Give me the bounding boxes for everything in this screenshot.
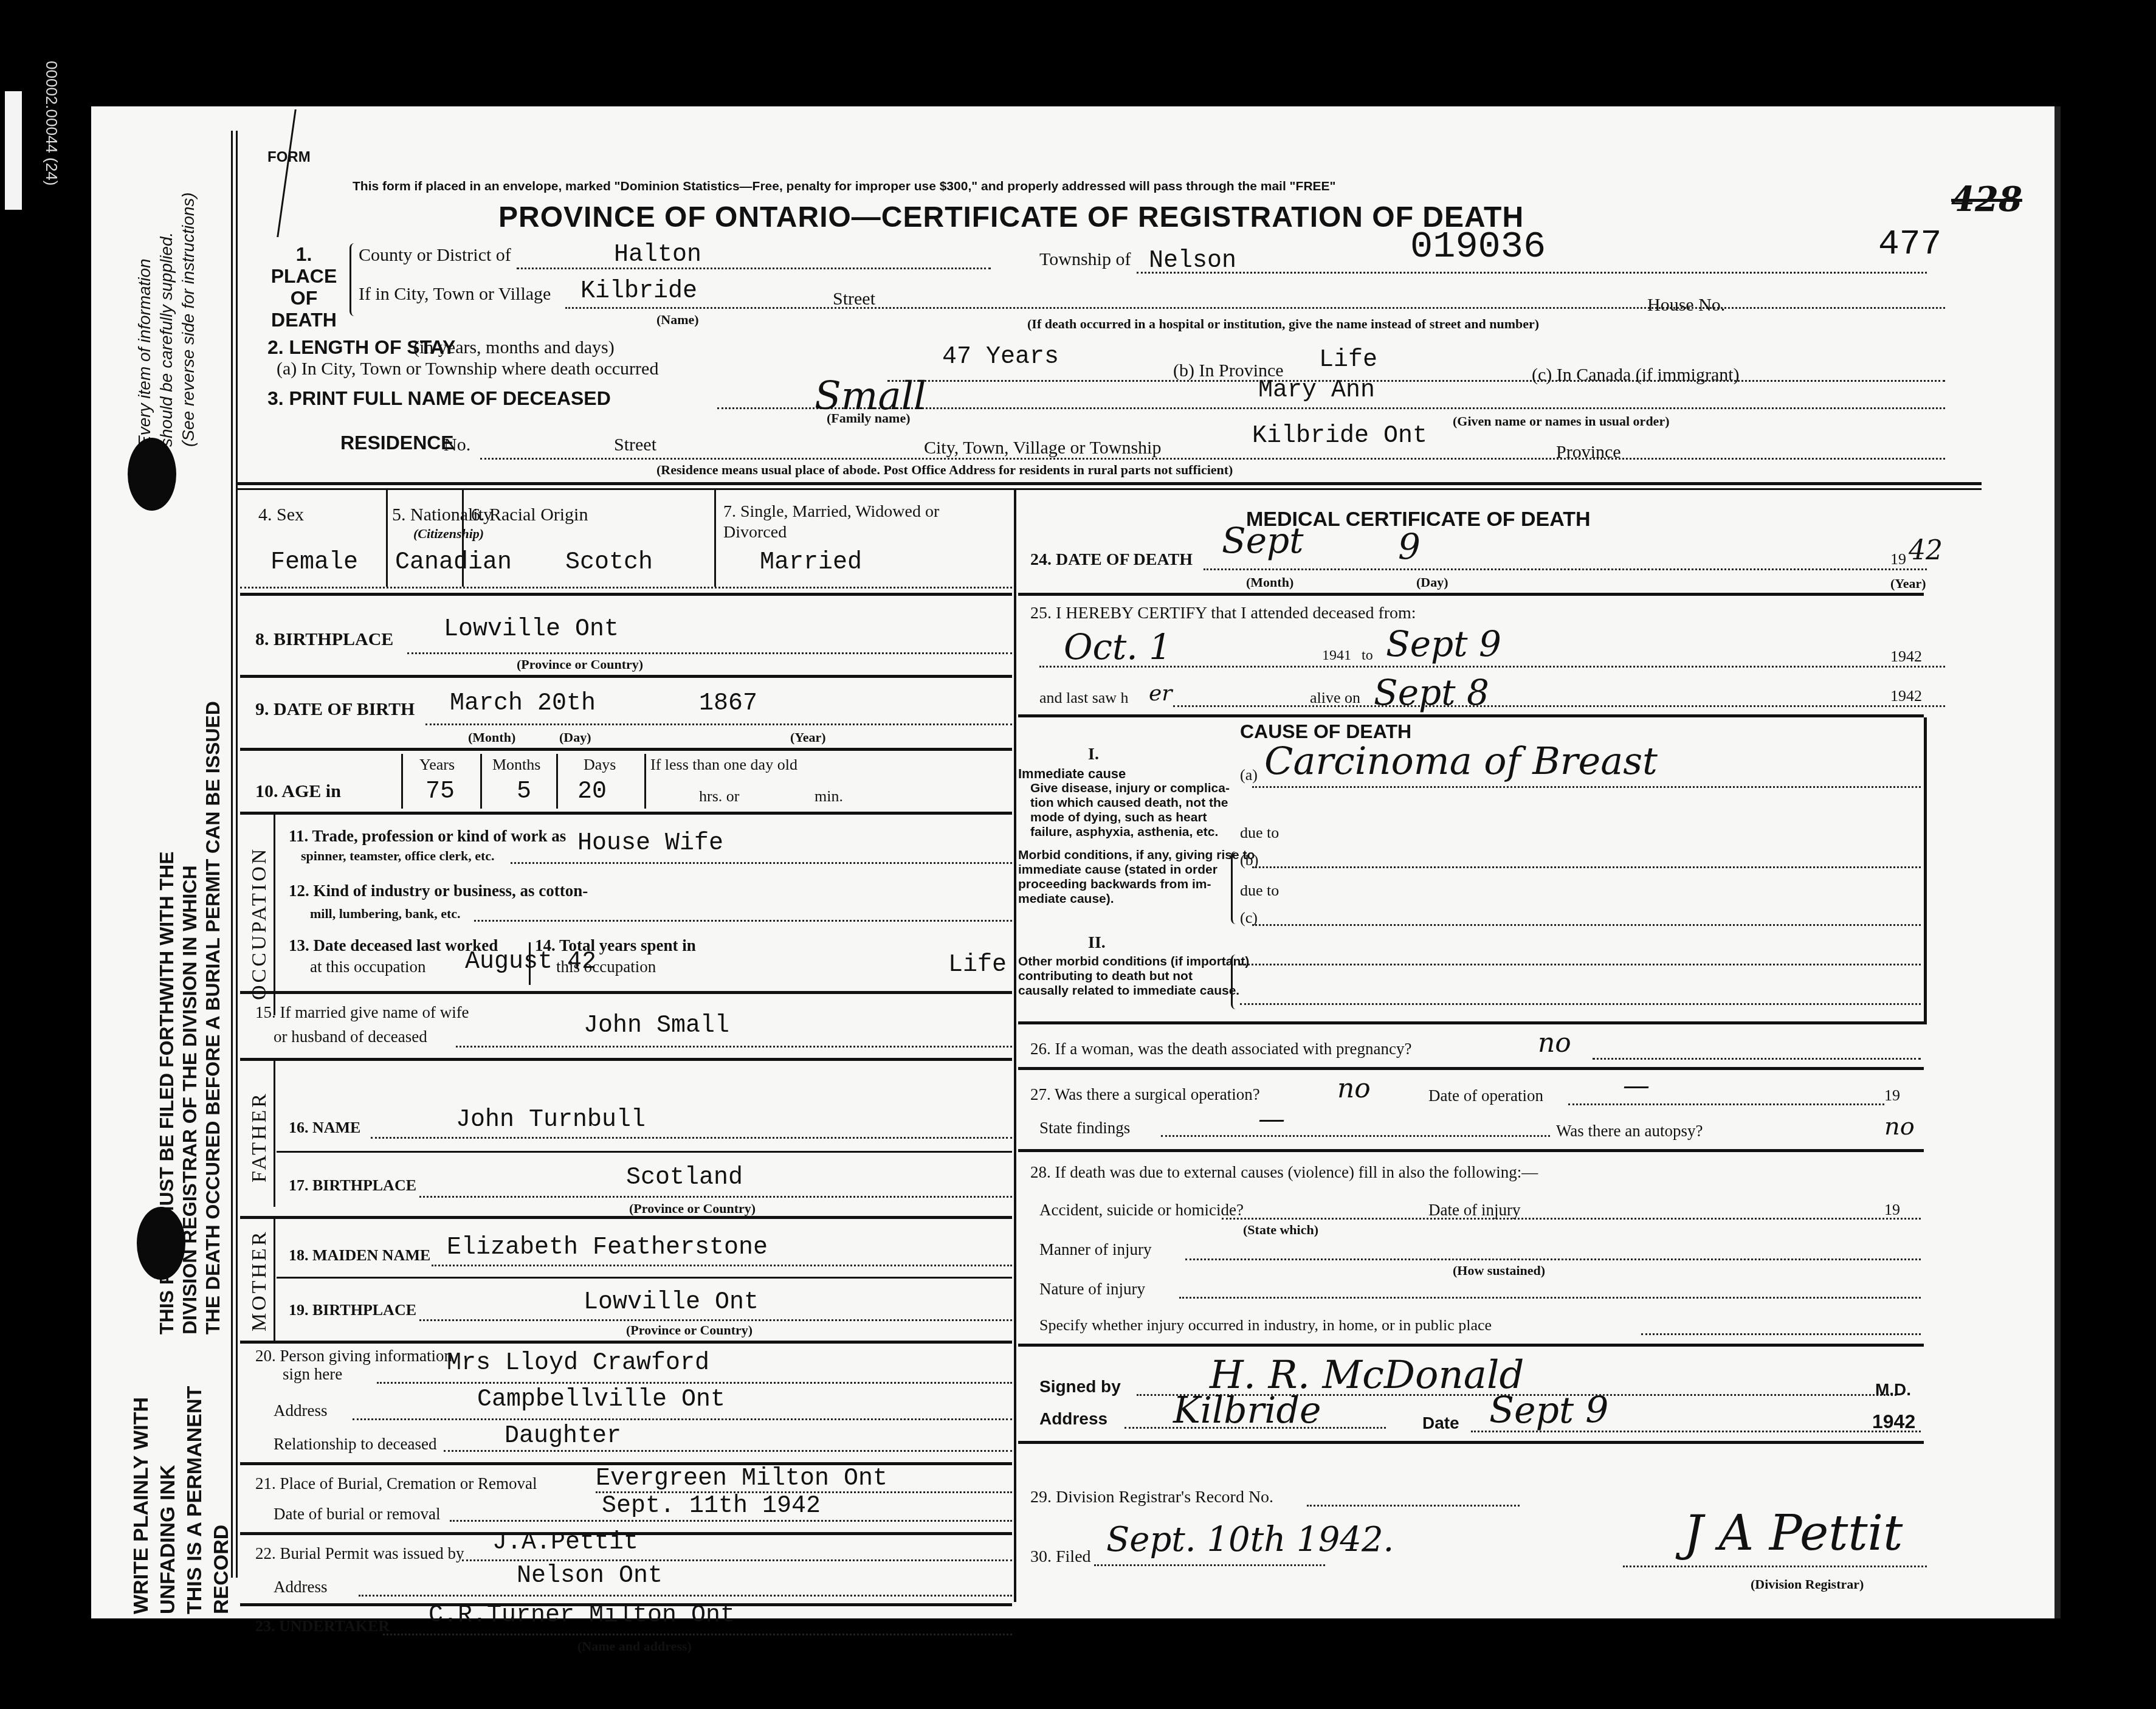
ink-notice-line: WRITE PLAINLY WITH bbox=[128, 1386, 154, 1614]
cell-divider bbox=[529, 942, 531, 985]
dod-day-value[interactable]: 9 bbox=[1398, 526, 1421, 567]
operation-label: 27. Was there a surgical operation? bbox=[1030, 1085, 1260, 1104]
row-divider bbox=[1018, 1344, 1924, 1347]
filed-date-value[interactable]: Sept. 10th 1942. bbox=[1106, 1520, 1394, 1559]
brace bbox=[350, 243, 357, 316]
dob-month-caption: (Month) bbox=[468, 730, 515, 745]
stay-line bbox=[887, 380, 1945, 382]
father-name-label: 16. NAME bbox=[289, 1119, 360, 1137]
help-line: failure, asphyxia, asthenia, etc. bbox=[1030, 825, 1230, 840]
occupation-bracket bbox=[274, 815, 275, 1015]
filed-line bbox=[1094, 1564, 1325, 1566]
father-birthplace-label: 17. BIRTHPLACE bbox=[289, 1176, 416, 1195]
trade-value[interactable]: House Wife bbox=[577, 830, 723, 857]
marital-status-value[interactable]: Married bbox=[760, 549, 862, 576]
birthplace-label: 8. BIRTHPLACE bbox=[255, 629, 393, 650]
mother-birthplace-label: 19. BIRTHPLACE bbox=[289, 1301, 416, 1319]
cause-section-1: I. bbox=[1088, 745, 1099, 764]
help-line: mediate cause). bbox=[1018, 892, 1255, 906]
dob-day-caption: (Day) bbox=[559, 730, 591, 745]
column-divider bbox=[1014, 489, 1016, 1602]
undertaker-caption: (Name and address) bbox=[577, 1638, 692, 1654]
registrar-record-line bbox=[1307, 1505, 1520, 1507]
findings-label: State findings bbox=[1039, 1119, 1130, 1138]
undertaker-label: 23. UNDERTAKER bbox=[255, 1617, 390, 1635]
instructions-line: (See reverse side for instructions) bbox=[177, 192, 199, 447]
help-line: Give disease, injury or complica- bbox=[1030, 781, 1230, 796]
accident-label: Accident, suicide or homicide? bbox=[1039, 1201, 1244, 1220]
registration-number: 019036 bbox=[1410, 225, 1546, 268]
margin-rule bbox=[231, 131, 233, 1578]
other-line bbox=[1240, 964, 1921, 965]
burial-permit-address-line bbox=[359, 1595, 1012, 1597]
stamp-number: 428 bbox=[1951, 179, 2022, 219]
filed-label: 30. Filed bbox=[1030, 1547, 1091, 1567]
total-years-sublabel: this occupation bbox=[556, 958, 656, 976]
injury-location-line bbox=[1641, 1333, 1921, 1335]
manner-caption: (How sustained) bbox=[1453, 1263, 1545, 1279]
occupation-section-label: OCCUPATION bbox=[248, 847, 271, 1000]
city-label: If in City, Town or Village bbox=[359, 284, 551, 305]
age-min-label: min. bbox=[815, 787, 843, 806]
residence-note: (Residence means usual place of abode. P… bbox=[656, 462, 1233, 478]
undertaker-line bbox=[383, 1634, 1012, 1635]
sheet-edge bbox=[2054, 106, 2061, 1618]
immediate-cause-label: Immediate cause bbox=[1018, 766, 1126, 782]
burial-permit-address-value[interactable]: Nelson Ont bbox=[517, 1562, 663, 1590]
findings-value[interactable]: — bbox=[1258, 1103, 1285, 1134]
help-line: Other morbid conditions (if important) bbox=[1018, 955, 1249, 969]
last-alive-year: 1942 bbox=[1890, 687, 1922, 705]
dob-year-caption: (Year) bbox=[790, 730, 826, 745]
stay-city-value[interactable]: 47 Years bbox=[942, 344, 1059, 371]
burial-permit-value[interactable]: J.A.Pettit bbox=[492, 1529, 638, 1556]
ink-notice: WRITE PLAINLY WITH UNFADING INK THIS IS … bbox=[128, 1386, 235, 1614]
racial-origin-label: 6. Racial Origin bbox=[471, 505, 588, 525]
instructions-line: Every item of information bbox=[134, 192, 156, 447]
marital-status-label: 7. Single, Married, Widowed or Divorced bbox=[723, 502, 997, 543]
cell-divider bbox=[714, 489, 716, 587]
registrar-caption: (Division Registrar) bbox=[1751, 1576, 1864, 1592]
signed-by-label: Signed by bbox=[1039, 1377, 1121, 1397]
help-line: mode of dying, such as heart bbox=[1030, 810, 1230, 825]
registrar-record-label: 29. Division Registrar's Record No. bbox=[1030, 1488, 1273, 1507]
film-label-tab bbox=[5, 91, 22, 210]
death-certificate: WRITE PLAINLY WITH UNFADING INK THIS IS … bbox=[91, 106, 2058, 1618]
informant-address-label: Address bbox=[274, 1401, 328, 1420]
pregnancy-label: 26. If a woman, was the death associated… bbox=[1030, 1040, 1412, 1058]
margin-rule bbox=[236, 131, 238, 1578]
relationship-label: Relationship to deceased bbox=[274, 1435, 436, 1454]
spouse-value[interactable]: John Small bbox=[584, 1012, 729, 1040]
cell-divider bbox=[556, 754, 558, 809]
racial-origin-value[interactable]: Scotch bbox=[565, 549, 653, 576]
last-alive-line bbox=[1173, 705, 1945, 707]
physician-address-label: Address bbox=[1039, 1409, 1107, 1429]
total-years-value[interactable]: Life bbox=[948, 951, 1007, 979]
family-name-caption: (Family name) bbox=[827, 410, 910, 426]
row-divider bbox=[240, 675, 1012, 678]
pregnancy-value[interactable]: no bbox=[1538, 1027, 1571, 1058]
operation-value[interactable]: no bbox=[1337, 1073, 1371, 1104]
mother-birthplace-caption: (Province or Country) bbox=[626, 1322, 753, 1338]
row-divider bbox=[277, 1277, 1012, 1279]
attended-from-value[interactable]: Oct. 1 bbox=[1064, 626, 1171, 668]
operation-date-value[interactable]: — bbox=[1623, 1070, 1650, 1101]
row-divider bbox=[240, 991, 1012, 994]
city-caption: (Name) bbox=[656, 312, 699, 328]
burial-permit-address-label: Address bbox=[274, 1578, 328, 1597]
father-birthplace-line bbox=[419, 1196, 1012, 1198]
residence-no-label: No. bbox=[444, 435, 470, 455]
cell-divider bbox=[644, 754, 646, 809]
section-divider bbox=[237, 488, 1982, 490]
city-line bbox=[565, 307, 1945, 309]
help-line: proceeding backwards from im- bbox=[1018, 877, 1255, 892]
dod-month-caption: (Month) bbox=[1246, 575, 1293, 590]
burial-place-label: 21. Place of Burial, Cremation or Remova… bbox=[255, 1474, 537, 1493]
punch-hole-icon bbox=[128, 438, 176, 511]
cell-divider bbox=[401, 754, 403, 809]
father-birthplace-value[interactable]: Scotland bbox=[626, 1164, 743, 1192]
to-label: to bbox=[1362, 647, 1373, 664]
help-line: Morbid conditions, if any, giving rise t… bbox=[1018, 848, 1255, 863]
mother-maiden-label: 18. MAIDEN NAME bbox=[289, 1246, 430, 1265]
age-months-value[interactable]: 5 bbox=[517, 778, 531, 806]
township-line bbox=[1137, 272, 1927, 274]
informant-name-value[interactable]: Mrs Lloyd Crawford bbox=[447, 1350, 709, 1377]
instructions-line: should be carefully supplied. bbox=[156, 192, 177, 447]
mother-section-label: MOTHER bbox=[248, 1229, 271, 1331]
other-help: Other morbid conditions (if important) c… bbox=[1018, 955, 1249, 998]
trade-sublabel: spinner, teamster, office clerk, etc. bbox=[301, 848, 495, 864]
cause-b-line bbox=[1252, 866, 1921, 868]
informant-sublabel: sign here bbox=[283, 1365, 342, 1384]
age-days-label: Days bbox=[584, 756, 616, 774]
date-of-birth-label: 9. DATE OF BIRTH bbox=[255, 699, 415, 720]
industry-line bbox=[474, 920, 1012, 922]
township-value[interactable]: Nelson bbox=[1149, 247, 1236, 275]
age-years-value[interactable]: 75 bbox=[425, 778, 455, 806]
given-names-caption: (Given name or names in usual order) bbox=[1453, 413, 1669, 429]
dod-year-caption: (Year) bbox=[1890, 576, 1926, 592]
attended-to-year: 1942 bbox=[1890, 647, 1922, 666]
age-label: 10. AGE in bbox=[255, 781, 341, 802]
relationship-line bbox=[444, 1450, 1012, 1452]
dob-year-value[interactable]: 1867 bbox=[699, 690, 757, 717]
accident-caption: (State which) bbox=[1243, 1222, 1318, 1238]
place-of-death-label: 1. PLACE OF DEATH bbox=[267, 243, 340, 331]
physician-address-value[interactable]: Kilbride bbox=[1173, 1389, 1321, 1432]
nationality-caption: (Citizenship) bbox=[413, 526, 484, 542]
last-alive-value[interactable]: Sept 8 bbox=[1374, 672, 1489, 713]
residence-city-label: City, Town, Village or Township bbox=[924, 438, 1161, 458]
residence-city-value[interactable]: Kilbride Ont bbox=[1252, 423, 1427, 450]
informant-line bbox=[377, 1382, 1012, 1384]
spouse-line bbox=[456, 1046, 1012, 1048]
county-label: County or District of bbox=[359, 245, 511, 266]
mother-maiden-value[interactable]: Elizabeth Featherstone bbox=[447, 1234, 768, 1262]
burial-permit-label: 22. Burial Permit was issued by bbox=[255, 1544, 464, 1563]
injury-location-label: Specify whether injury occurred in indus… bbox=[1039, 1316, 1492, 1334]
county-line bbox=[517, 268, 991, 269]
row-divider bbox=[240, 748, 1012, 751]
md-label: M.D. bbox=[1875, 1380, 1911, 1400]
injury-date-label: Date of injury bbox=[1428, 1201, 1520, 1220]
birthplace-line bbox=[407, 652, 1012, 654]
father-section-label: FATHER bbox=[248, 1091, 271, 1182]
pregnancy-line bbox=[1593, 1058, 1921, 1060]
ink-notice-line: UNFADING INK bbox=[154, 1386, 181, 1614]
burial-date-label: Date of burial or removal bbox=[274, 1505, 440, 1524]
city-value[interactable]: Kilbride bbox=[580, 278, 697, 305]
residence-province-label: Province bbox=[1556, 442, 1621, 463]
attended-from-year: 1941 bbox=[1322, 647, 1351, 664]
last-saw-label: and last saw h bbox=[1039, 689, 1129, 707]
accident-line bbox=[1222, 1218, 1921, 1220]
mother-birthplace-value[interactable]: Lowville Ont bbox=[584, 1289, 759, 1316]
dod-year-prefix: 19 bbox=[1890, 550, 1906, 568]
age-hrs-label: hrs. or bbox=[699, 787, 739, 806]
section-divider bbox=[237, 482, 1982, 485]
row-divider bbox=[240, 593, 1012, 596]
nature-label: Nature of injury bbox=[1039, 1280, 1145, 1299]
reel-label-text: 00002.00044 (24) bbox=[42, 61, 61, 185]
row-divider bbox=[240, 1216, 1012, 1219]
cause-a-value[interactable]: Carcinoma of Breast bbox=[1264, 739, 1658, 783]
mail-notice: This form if placed in an envelope, mark… bbox=[353, 179, 1336, 194]
year-prefix: 19 bbox=[1884, 1086, 1900, 1105]
ink-notice-line: THIS IS A PERMANENT bbox=[181, 1386, 208, 1614]
record-number: 477 bbox=[1878, 225, 1941, 264]
help-line: tion which caused death, not the bbox=[1030, 796, 1230, 810]
age-days-value[interactable]: 20 bbox=[577, 778, 607, 806]
mother-birthplace-line bbox=[419, 1319, 1012, 1321]
father-name-line bbox=[371, 1137, 1012, 1139]
house-number-label: House No. bbox=[1647, 295, 1725, 316]
row-divider bbox=[277, 1151, 1012, 1153]
stay-city-label: (a) In City, Town or Township where deat… bbox=[277, 359, 658, 379]
autopsy-value[interactable]: no bbox=[1884, 1113, 1915, 1141]
father-name-value[interactable]: John Turnbull bbox=[456, 1107, 646, 1134]
birthplace-value[interactable]: Lowville Ont bbox=[444, 616, 619, 643]
dob-month-day-value[interactable]: March 20th bbox=[450, 690, 596, 717]
hospital-note: (If death occurred in a hospital or inst… bbox=[1027, 316, 1539, 332]
other-line bbox=[1240, 1003, 1921, 1005]
residence-line bbox=[480, 458, 1945, 460]
cell-divider bbox=[386, 489, 388, 587]
findings-line bbox=[1161, 1135, 1550, 1137]
filing-notice-line: THE DEATH OCCURED BEFORE A BURIAL PERMIT… bbox=[201, 701, 224, 1334]
signature-date-label: Date bbox=[1422, 1414, 1459, 1433]
sex-label: 4. Sex bbox=[258, 505, 304, 525]
industry-label: 12. Kind of industry or business, as cot… bbox=[289, 882, 588, 900]
father-bracket bbox=[274, 1061, 275, 1207]
dod-line bbox=[1204, 568, 1927, 570]
age-months-label: Months bbox=[492, 756, 540, 774]
residence-label: RESIDENCE bbox=[340, 432, 454, 454]
alive-on-label: alive on bbox=[1310, 689, 1360, 707]
row-divider bbox=[1018, 1067, 1924, 1070]
cause-c-line bbox=[1252, 924, 1921, 926]
last-saw-pronoun[interactable]: er bbox=[1149, 681, 1173, 706]
brace bbox=[1231, 851, 1239, 924]
informant-address-line bbox=[353, 1418, 1012, 1420]
row-divider bbox=[240, 812, 1012, 815]
birthplace-caption: (Province or Country) bbox=[517, 657, 643, 672]
informant-address-value[interactable]: Campbellville Ont bbox=[477, 1386, 725, 1414]
informant-label: 20. Person giving information bbox=[255, 1347, 452, 1365]
page-title: PROVINCE OF ONTARIO—CERTIFICATE OF REGIS… bbox=[498, 201, 1524, 234]
cell-divider bbox=[480, 754, 482, 809]
mother-bracket bbox=[274, 1219, 275, 1341]
help-line: causally related to immediate cause. bbox=[1018, 984, 1249, 998]
year-prefix: 19 bbox=[1884, 1201, 1900, 1219]
relationship-value[interactable]: Daughter bbox=[505, 1423, 621, 1450]
total-years-label: 14. Total years spent in bbox=[535, 936, 696, 955]
burial-permit-line bbox=[462, 1559, 1012, 1561]
dob-line bbox=[425, 723, 1012, 725]
residence-street-label: Street bbox=[614, 435, 656, 455]
signature-year-value[interactable]: 1942 bbox=[1872, 1410, 1915, 1433]
dod-month-value[interactable]: Sept bbox=[1222, 520, 1304, 561]
certify-label: 25. I HEREBY CERTIFY that I attended dec… bbox=[1030, 604, 1416, 623]
external-causes-label: 28. If death was due to external causes … bbox=[1030, 1163, 1538, 1182]
trade-line bbox=[511, 862, 1012, 864]
row-divider bbox=[1018, 1441, 1924, 1444]
trade-label: 11. Trade, profession or kind of work as bbox=[289, 827, 566, 846]
given-names-value[interactable]: Mary Ann bbox=[1258, 377, 1375, 404]
stay-province-value[interactable]: Life bbox=[1319, 347, 1377, 374]
signature-date-value[interactable]: Sept 9 bbox=[1489, 1389, 1608, 1432]
due-to-label: due to bbox=[1240, 824, 1279, 842]
father-birthplace-caption: (Province or Country) bbox=[629, 1201, 756, 1217]
length-of-stay-sublabel: (in years, months and days) bbox=[413, 337, 615, 358]
morbid-help: Morbid conditions, if any, giving rise t… bbox=[1018, 848, 1255, 906]
operation-date-line bbox=[1568, 1103, 1884, 1105]
industry-sublabel: mill, lumbering, bank, etc. bbox=[310, 906, 461, 922]
cause-a-line bbox=[1252, 786, 1921, 788]
cause-section-2: II. bbox=[1088, 933, 1106, 953]
cause-a-label: (a) bbox=[1240, 766, 1258, 784]
deceased-name-label: 3. PRINT FULL NAME OF DECEASED bbox=[267, 387, 611, 410]
row-divider bbox=[240, 1058, 1012, 1061]
spouse-sublabel: or husband of deceased bbox=[274, 1027, 427, 1046]
stay-canada-label: (c) In Canada (if immigrant) bbox=[1532, 365, 1740, 385]
help-line: immediate cause (stated in order bbox=[1018, 863, 1255, 877]
date-of-death-label: 24. DATE OF DEATH bbox=[1030, 550, 1193, 570]
row-line bbox=[240, 587, 1012, 589]
operation-date-label: Date of operation bbox=[1428, 1086, 1543, 1105]
registrar-signature-line bbox=[1623, 1566, 1927, 1567]
instructions-notice: Every item of information should be care… bbox=[134, 192, 199, 447]
burial-date-line bbox=[450, 1520, 1012, 1522]
nationality-value[interactable]: Canadian bbox=[395, 549, 512, 576]
manner-label: Manner of injury bbox=[1039, 1240, 1151, 1259]
due-to-label: due to bbox=[1240, 882, 1279, 900]
row-divider bbox=[1018, 593, 1924, 596]
sex-value[interactable]: Female bbox=[270, 549, 358, 576]
last-worked-sublabel: at this occupation bbox=[310, 958, 425, 976]
attended-line bbox=[1039, 666, 1945, 668]
undertaker-value[interactable]: C.R.Turner Milton Ont bbox=[429, 1602, 735, 1629]
burial-place-value[interactable]: Evergreen Milton Ont bbox=[596, 1465, 887, 1493]
spouse-label: 15. If married give name of wife bbox=[255, 1003, 469, 1022]
county-value[interactable]: Halton bbox=[614, 241, 701, 269]
row-divider bbox=[240, 1341, 1012, 1344]
row-divider bbox=[1018, 1149, 1924, 1152]
mother-maiden-line bbox=[432, 1265, 1012, 1266]
immediate-help: Give disease, injury or complica- tion w… bbox=[1030, 781, 1230, 840]
registrar-signature[interactable]: J A Pettit bbox=[1684, 1505, 1903, 1561]
age-under-day-label: If less than one day old bbox=[650, 756, 797, 774]
burial-date-value[interactable]: Sept. 11th 1942 bbox=[602, 1493, 821, 1520]
help-line: contributing to death but not bbox=[1018, 969, 1249, 984]
dod-day-caption: (Day) bbox=[1416, 575, 1448, 590]
check-mark-icon bbox=[277, 109, 333, 237]
brace bbox=[1231, 955, 1239, 1009]
nature-line bbox=[1179, 1297, 1921, 1299]
township-label: Township of bbox=[1039, 249, 1131, 270]
attended-to-value[interactable]: Sept 9 bbox=[1386, 623, 1501, 665]
manner-line bbox=[1185, 1258, 1921, 1260]
age-years-label: Years bbox=[419, 756, 455, 774]
punch-hole-icon bbox=[137, 1207, 185, 1280]
autopsy-label: Was there an autopsy? bbox=[1556, 1122, 1703, 1141]
street-label: Street bbox=[833, 289, 875, 309]
dod-year-value[interactable]: 42 bbox=[1909, 535, 1943, 566]
